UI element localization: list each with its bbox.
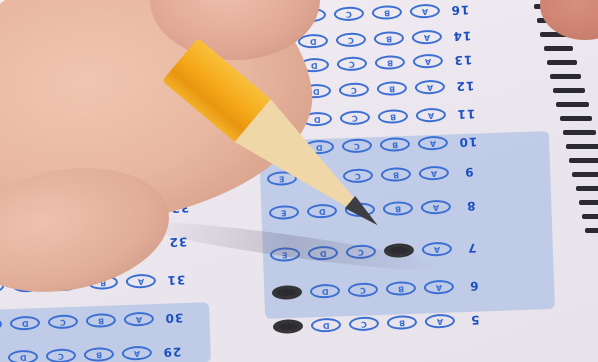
timing-mark <box>560 116 593 121</box>
bubble-b[interactable]: B <box>84 347 114 362</box>
bubble-letter: A <box>435 283 442 292</box>
question-number: 11 <box>454 107 478 122</box>
bubble-b[interactable]: B <box>373 31 403 46</box>
bubble-a[interactable]: A <box>420 200 450 215</box>
bubble-a[interactable]: A <box>410 4 440 19</box>
bubble-b[interactable]: B <box>379 137 409 152</box>
question-number: 10 <box>455 135 479 150</box>
bubble-b[interactable]: B <box>378 109 408 124</box>
bubble-letter: A <box>138 277 145 286</box>
bubble-letter: D <box>322 321 329 330</box>
question-number: 14 <box>449 29 473 44</box>
bubble-letter: E <box>281 208 287 217</box>
bubble-letter: C <box>359 285 365 294</box>
bubble-letter: C <box>349 59 355 68</box>
bubble-c[interactable]: C <box>335 32 365 47</box>
bubble-letter: D <box>321 287 328 296</box>
bubble-e[interactable]: E <box>271 285 301 300</box>
timing-mark <box>556 102 588 107</box>
bubble-b[interactable]: B <box>387 315 417 330</box>
bubble-letter: B <box>399 318 405 327</box>
bubble-a[interactable]: A <box>422 242 452 257</box>
bubble-letter: A <box>423 33 430 42</box>
bubble-a[interactable]: A <box>411 30 441 45</box>
bubble-letter: B <box>397 284 403 293</box>
bubble-letter: A <box>425 57 432 66</box>
bubble-c[interactable]: C <box>48 314 78 329</box>
bubble-a[interactable]: A <box>414 80 444 95</box>
bubble-c[interactable]: C <box>341 138 371 153</box>
bubble-letter: A <box>428 111 435 120</box>
timing-mark <box>544 46 574 51</box>
bubble-letter: A <box>426 83 433 92</box>
question-number: 12 <box>452 79 476 94</box>
photo-scene: EDCBA16EDCBA14EDCBA13EDCBA12EDCBA11EDCBA… <box>0 0 598 362</box>
timing-mark <box>566 144 598 149</box>
bubble-a[interactable]: A <box>413 54 443 69</box>
timing-mark <box>576 186 598 191</box>
timing-mark <box>550 74 581 79</box>
bubble-letter: A <box>136 315 143 324</box>
bubble-letter: D <box>312 87 319 96</box>
bubble-e[interactable]: E <box>268 205 298 220</box>
question-number: 16 <box>448 3 472 18</box>
bubble-letter: B <box>388 84 394 93</box>
bubble-letter: C <box>60 317 66 326</box>
bubble-letter: C <box>352 113 358 122</box>
bubble-letter: C <box>346 9 352 18</box>
timing-mark <box>572 172 598 177</box>
bubble-letter: D <box>310 61 317 70</box>
bubble-letter: A <box>422 7 429 16</box>
bubble-a[interactable]: A <box>126 274 156 289</box>
bubble-c[interactable]: C <box>347 282 377 297</box>
bubble-letter: C <box>350 85 356 94</box>
timing-mark <box>547 60 577 65</box>
bubble-b[interactable]: B <box>376 81 406 96</box>
timing-mark <box>582 214 598 219</box>
bubble-b[interactable]: B <box>381 167 411 182</box>
timing-mark <box>563 130 596 135</box>
bubble-a[interactable]: A <box>423 280 453 295</box>
bubble-a[interactable]: A <box>417 136 447 151</box>
question-number: 9 <box>457 165 481 180</box>
bubble-c[interactable]: C <box>338 82 368 97</box>
bubble-letter: C <box>347 35 353 44</box>
bubble-c[interactable]: C <box>46 348 76 362</box>
bubble-letter: D <box>19 353 26 362</box>
bubble-a[interactable]: A <box>425 314 455 329</box>
timing-mark <box>585 228 598 233</box>
question-number: 6 <box>461 279 485 294</box>
bubble-letter: A <box>437 317 444 326</box>
question-number: 8 <box>458 199 482 214</box>
question-number: 29 <box>160 345 184 360</box>
question-number: 30 <box>162 311 186 326</box>
bubble-letter: C <box>353 141 359 150</box>
bubble-a[interactable]: A <box>122 346 152 361</box>
bubble-letter: B <box>384 8 390 17</box>
bubble-letter: A <box>429 139 436 148</box>
bubble-letter: B <box>385 34 391 43</box>
bubble-letter: B <box>391 140 397 149</box>
bubble-letter: B <box>96 350 102 359</box>
bubble-a[interactable]: A <box>124 312 154 327</box>
question-number: 31 <box>164 273 188 288</box>
bubble-c[interactable]: C <box>340 110 370 125</box>
bubble-letter: B <box>98 316 104 325</box>
question-number: 13 <box>451 53 475 68</box>
bubble-e[interactable]: E <box>0 317 2 332</box>
question-number: 5 <box>463 313 487 328</box>
bubble-letter: C <box>361 319 367 328</box>
bubble-a[interactable]: A <box>416 108 446 123</box>
bubble-a[interactable]: A <box>419 166 449 181</box>
timing-mark <box>553 88 585 93</box>
bubble-d[interactable]: D <box>309 284 339 299</box>
bubble-letter: A <box>432 203 439 212</box>
bubble-letter: A <box>434 245 441 254</box>
bubble-c[interactable]: C <box>337 56 367 71</box>
bubble-letter: D <box>21 319 28 328</box>
bubble-c[interactable]: C <box>349 316 379 331</box>
bubble-letter: C <box>58 351 64 360</box>
bubble-e[interactable]: E <box>273 319 303 334</box>
bubble-letter: B <box>393 170 399 179</box>
bubble-d[interactable]: D <box>8 350 38 362</box>
bubble-b[interactable]: B <box>385 281 415 296</box>
bubble-letter: A <box>134 349 141 358</box>
bubble-d[interactable]: D <box>311 318 341 333</box>
bubble-letter: D <box>313 115 320 124</box>
bubble-b[interactable]: B <box>375 55 405 70</box>
bubble-letter: A <box>431 169 438 178</box>
bubble-letter: D <box>309 37 316 46</box>
bubble-letter: B <box>390 112 396 121</box>
bubble-b[interactable]: B <box>372 5 402 20</box>
bubble-d[interactable]: D <box>10 316 40 331</box>
question-number: 7 <box>460 241 484 256</box>
timing-mark <box>569 158 598 163</box>
bubble-b[interactable]: B <box>86 313 116 328</box>
bubble-letter: B <box>387 58 393 67</box>
bubble-c[interactable]: C <box>334 6 364 21</box>
timing-mark <box>579 200 598 205</box>
